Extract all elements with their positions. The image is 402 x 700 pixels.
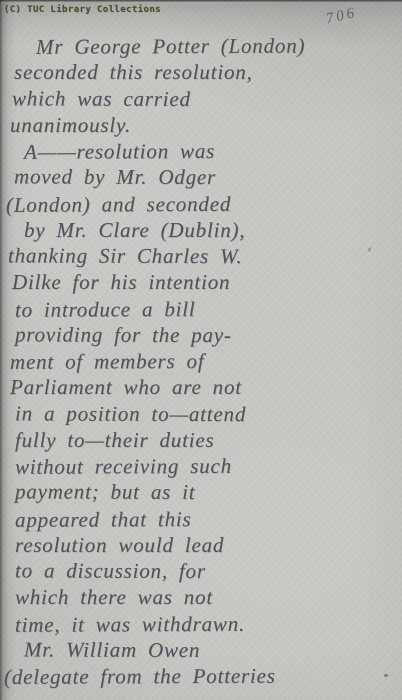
manuscript-line: payment; but as it: [0, 479, 402, 507]
manuscript-line: A——resolution was: [0, 137, 402, 165]
manuscript-line: (delegate from the Potteries: [0, 662, 402, 690]
manuscript-line: ment of members of: [0, 347, 402, 375]
paper-speck: [384, 674, 388, 677]
manuscript-line: by Mr. Clare (Dublin),: [0, 217, 402, 243]
manuscript-line: without receiving such: [0, 452, 402, 480]
manuscript-line: providing for the pay-: [0, 321, 402, 349]
scan-top-edge: [0, 0, 402, 2]
manuscript-line: which was carried: [0, 85, 402, 113]
manuscript-line: to a discussion, for: [0, 557, 402, 585]
manuscript-line: which there was not: [0, 584, 402, 610]
manuscript-line: seconded this resolution,: [0, 59, 402, 85]
manuscript-line: resolution would lead: [0, 532, 402, 558]
manuscript-line: Mr George Potter (London): [0, 32, 402, 60]
copyright-watermark: (C) TUC Library Collections: [4, 5, 161, 15]
manuscript-line: fully to—their duties: [0, 427, 402, 453]
manuscript-line: in a position to—attend: [0, 400, 402, 428]
manuscript-line: Parliament who are not: [0, 374, 402, 400]
page-number: 706: [324, 5, 359, 29]
manuscript-line: moved by Mr. Odger: [0, 164, 402, 192]
manuscript-line: (London) and seconded: [0, 190, 402, 218]
manuscript-line: Mr. William Owen: [0, 636, 402, 664]
scanned-page: (C) TUC Library Collections 706 Mr Georg…: [0, 0, 402, 700]
manuscript-line: Dilke for his intention: [0, 269, 402, 295]
manuscript-line: thanking Sir Charles W.: [0, 242, 402, 270]
manuscript-line: time, it was withdrawn.: [0, 610, 402, 638]
manuscript-line: unanimously.: [0, 112, 402, 138]
manuscript-line: appeared that this: [0, 505, 402, 533]
handwritten-text: Mr George Potter (London) seconded this …: [0, 33, 402, 689]
manuscript-line: to introduce a bill: [0, 295, 402, 323]
